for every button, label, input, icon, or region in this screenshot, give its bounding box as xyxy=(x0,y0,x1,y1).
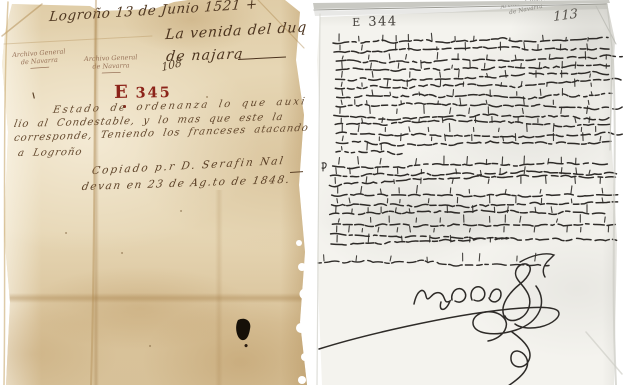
reference-letter: E xyxy=(114,82,130,103)
archive-stamp: Archivo General de Navarra xyxy=(12,48,66,69)
reference-number: 344 xyxy=(368,14,398,30)
reference-code-e344: E 344 xyxy=(352,10,398,30)
manuscript-page-right xyxy=(312,0,624,385)
stamp-flourish xyxy=(102,72,121,73)
reference-code-e345: E 345 xyxy=(114,81,172,103)
reference-letter: E xyxy=(352,16,363,29)
fold-crease-horizontal xyxy=(6,293,302,303)
scanned-documents: Logroño 13 de Junio 1521 + La venida del… xyxy=(0,0,624,385)
archive-stamp: Archivo General de Navarra xyxy=(84,54,138,73)
note-line: a Logroño xyxy=(17,147,84,159)
fold-crease-vertical-2 xyxy=(215,190,223,385)
archive-stamp-line2: de Navarra xyxy=(84,62,138,72)
reference-number: 345 xyxy=(135,84,172,102)
